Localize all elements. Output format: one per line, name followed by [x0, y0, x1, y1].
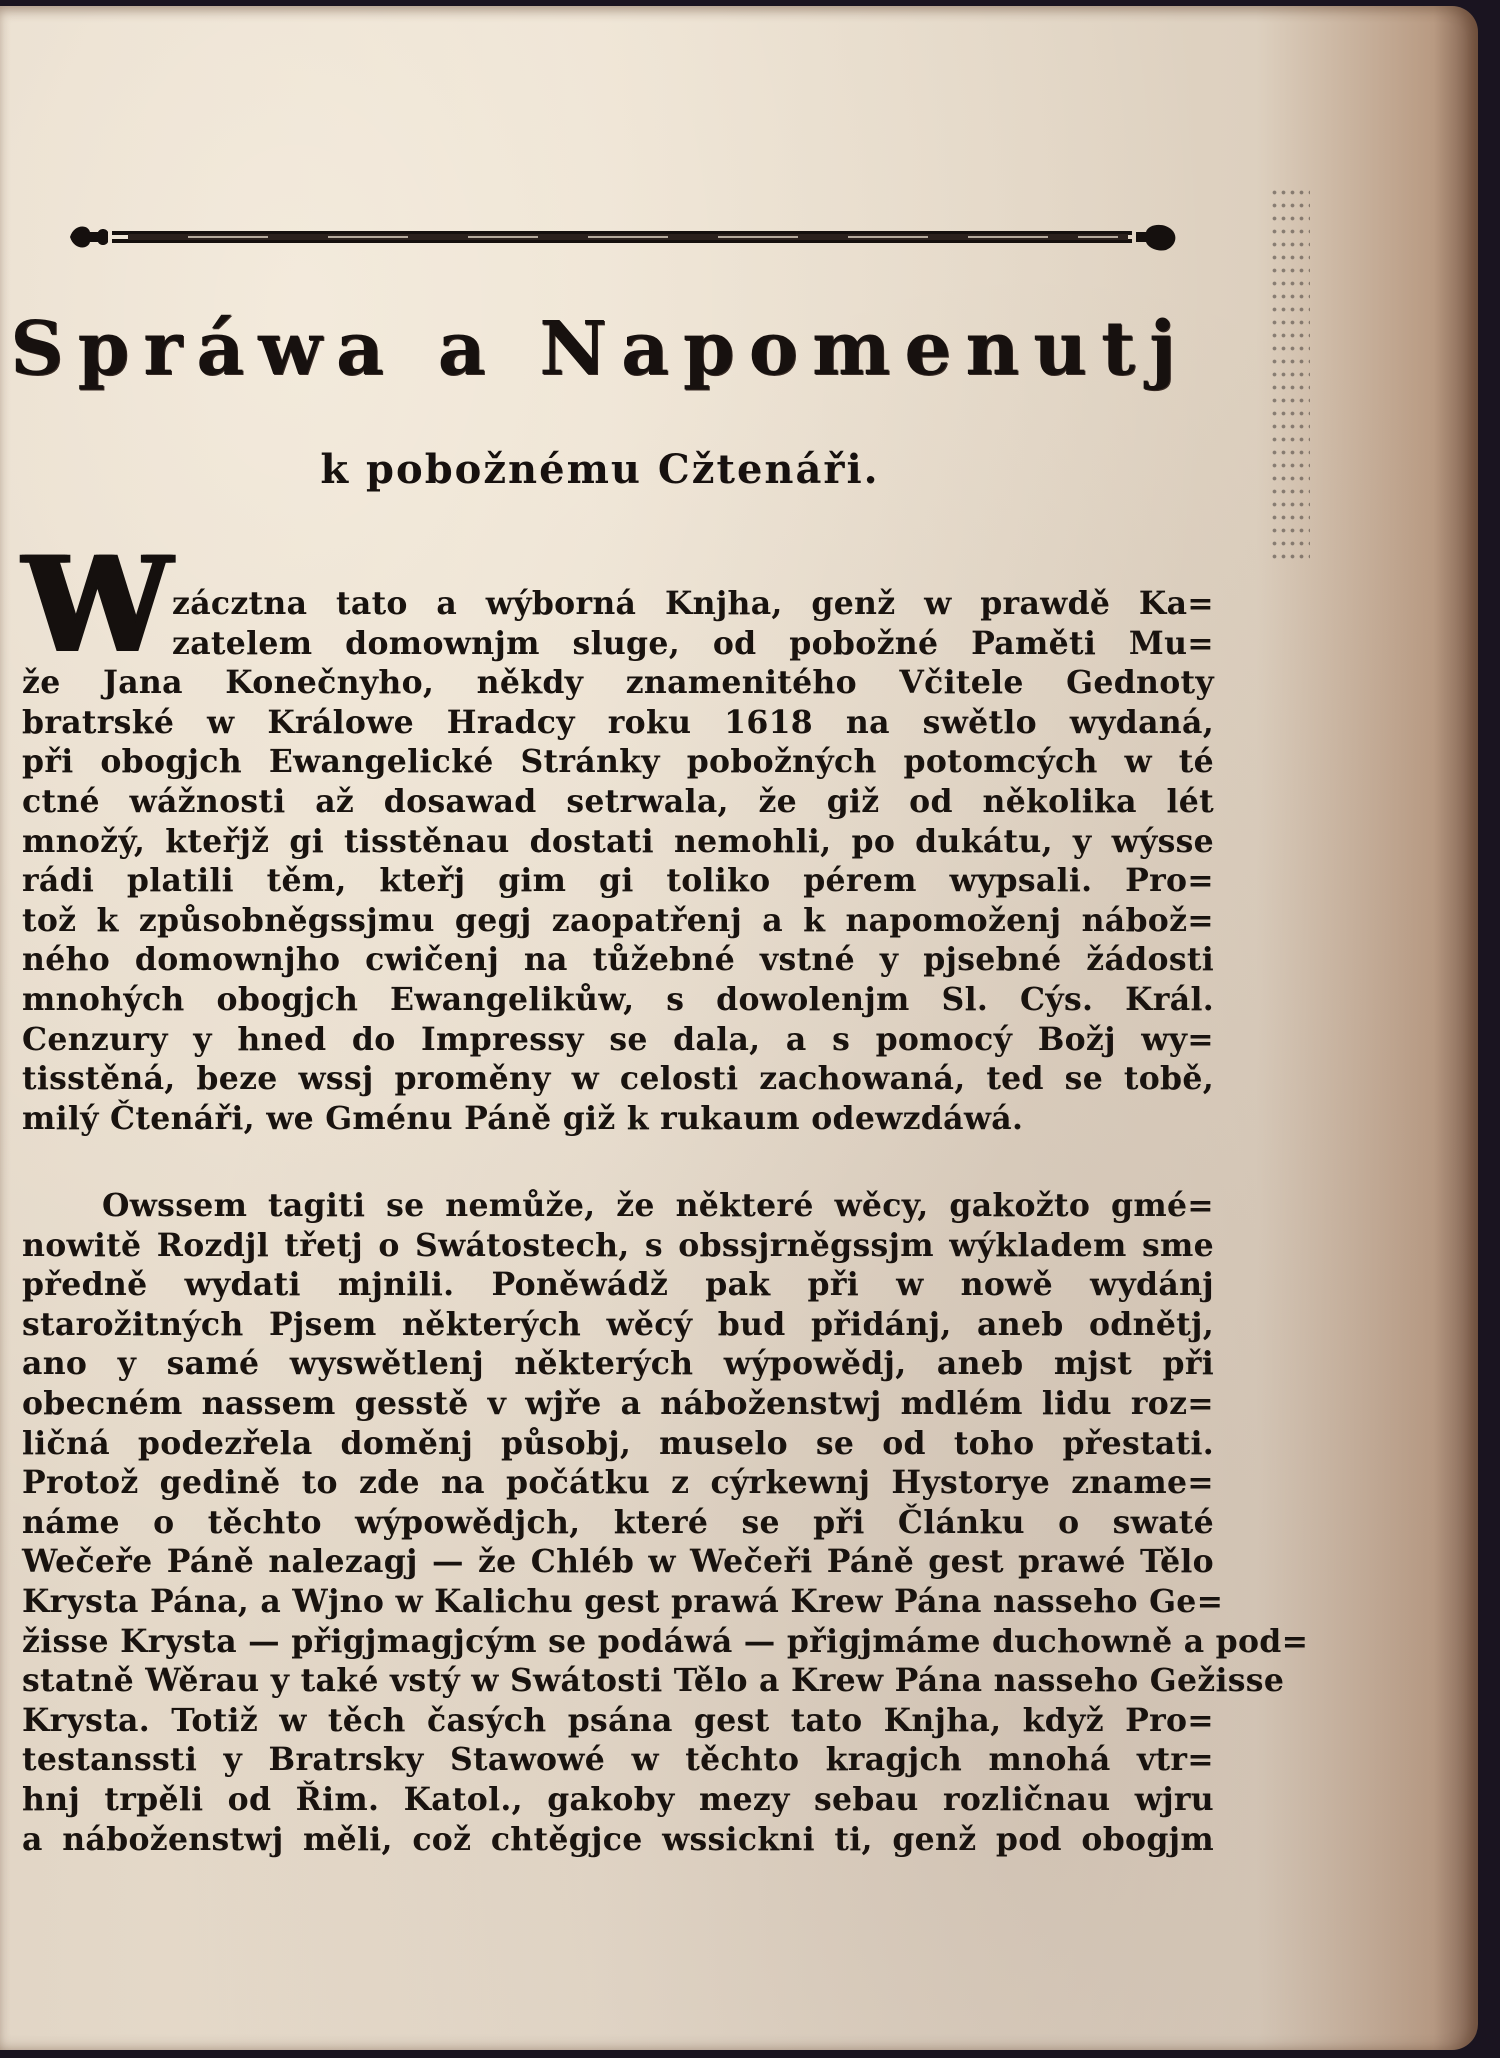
text-line: hnj trpěli od Řim. Katol., gakoby mezy s… [22, 1780, 1214, 1820]
text-line: náme o těchto wýpowědjch, které se při Č… [22, 1503, 1214, 1543]
text-line: Wečeře Páně nalezagj — že Chléb w Wečeři… [22, 1542, 1214, 1582]
text-line: tož k způsobněgssjmu gegj zaopatřenj a k… [22, 901, 1214, 941]
decorative-rule-ornament [68, 220, 1180, 254]
text-line: že Jana Konečnyho, někdy znamenitého Vči… [22, 663, 1214, 703]
text-line: ctné wážnosti až dosawad setrwala, že gi… [22, 782, 1214, 822]
text-line: při obogjch Ewangelické Stránky pobožnýc… [22, 742, 1214, 782]
text-line: Owssem tagiti se nemůže, že některé wěcy… [22, 1186, 1214, 1226]
text-line: a náboženstwj měli, což chtěgjce wssickn… [22, 1820, 1214, 1860]
paragraph-2: Owssem tagiti se nemůže, že některé wěcy… [22, 1186, 1214, 1859]
text-line: ano y samé wyswětlenj některých wýpowědj… [22, 1344, 1214, 1384]
text-line: statně Wěrau y také vstý w Swátosti Tělo… [22, 1661, 1214, 1701]
text-line: milý Čtenáři, we Gménu Páně giž k rukaum… [22, 1099, 1214, 1139]
page-subtitle: k pobožnému Cžtenáři. [0, 446, 1200, 493]
text-line: Krysta Pána, a Wjno w Kalichu gest prawá… [22, 1582, 1214, 1622]
text-line: zatelem domownjm sluge, od pobožné Pamět… [22, 624, 1214, 664]
document-page: Spráwa a Napomenutj k pobožnému Cžtenáři… [0, 6, 1478, 2050]
ink-bleed-through [1270, 186, 1310, 566]
text-line: Cenzury y hned do Impressy se dala, a s … [22, 1020, 1214, 1060]
text-line: tisstěná, beze wssj proměny w celosti za… [22, 1059, 1214, 1099]
text-line: ličná podezřela doměnj působj, muselo se… [22, 1424, 1214, 1464]
text-line: nowitě Rozdjl třetj o Swátostech, s obss… [22, 1226, 1214, 1266]
text-line: rádi platili těm, kteřj gim gi toliko pé… [22, 861, 1214, 901]
text-line: obecném nassem gesstě v wjře a náboženst… [22, 1384, 1214, 1424]
text-line: Krysta. Totiž w těch časých psána gest t… [22, 1701, 1214, 1741]
text-line: testanssti y Bratrsky Stawowé w těchto k… [22, 1740, 1214, 1780]
text-line: zácztna tato a wýborná Knjha, genž w pra… [22, 584, 1214, 624]
text-line: starožitných Pjsem některých wěcý bud př… [22, 1305, 1214, 1345]
page-title: Spráwa a Napomenutj [0, 306, 1200, 392]
text-line: mnohých obogjch Ewangelikůw, s dowolenjm… [22, 980, 1214, 1020]
paragraph-1: zácztna tato a wýborná Knjha, genž w pra… [22, 584, 1214, 1138]
text-line: množý, kteřjž gi tisstěnau dostati nemoh… [22, 822, 1214, 862]
text-line: předně wydati mjnili. Poněwádž pak při w… [22, 1265, 1214, 1305]
text-line: žisse Krysta — přigjmagjcým se podáwá — … [22, 1622, 1214, 1662]
text-line: ného domownjho cwičenj na tůžebné vstné … [22, 940, 1214, 980]
text-line: Protož gedině to zde na počátku z cýrkew… [22, 1463, 1214, 1503]
text-line: bratrské w Králowe Hradcy roku 1618 na s… [22, 703, 1214, 743]
